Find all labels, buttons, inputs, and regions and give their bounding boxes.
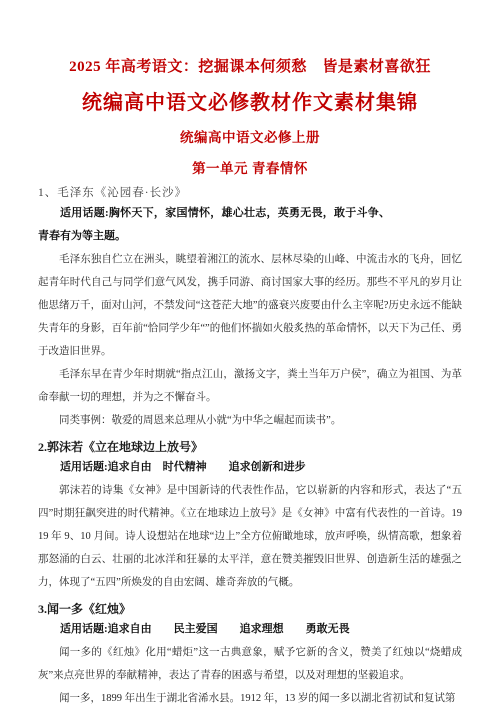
section-3-heading: 3.闻一多《红烛》 xyxy=(38,601,462,618)
section-2-topics: 适用话题:追求自由 时代精神 追求创新和进步 xyxy=(38,456,462,479)
document-page: 2025 年高考语文：挖掘课本何须愁 皆是素材喜欲狂 统编高中语文必修教材作文素… xyxy=(0,0,500,707)
section-3-paragraph-1: 闻一多的《红烛》化用“蜡炬”这一古典意象，赋予它新的含义，赞美了红烛以“烧蜡成灰… xyxy=(38,641,462,687)
section-2-heading: 2.郭沫若《立在地球边上放号》 xyxy=(38,439,462,456)
section-3-topics: 适用话题:追求自由 民主爱国 追求理想 勇敢无畏 xyxy=(38,618,462,641)
unit-heading: 第一单元 青春情怀 xyxy=(38,160,462,178)
section-1-paragraph-3: 同类事例：敬爱的周恩来总理从小就“为中华之崛起而读书”。 xyxy=(38,409,462,432)
document-title-line1: 2025 年高考语文：挖掘课本何须愁 皆是素材喜欲狂 xyxy=(38,57,462,77)
section-3-paragraph-2: 闻一多，1899 年出生于湖北省浠水县。1912 年，13 岁的闻一多以湖北省初… xyxy=(38,687,462,707)
section-1-paragraph-1: 毛泽东独自伫立在洲头，眺望着湘江的流水、层林尽染的山峰、中流击水的飞舟，回忆起青… xyxy=(38,248,462,363)
section-1-heading: 1、毛泽东《沁园春·长沙》 xyxy=(38,185,462,202)
section-2-paragraph-1: 郭沫若的诗集《女神》是中国新诗的代表性作品，它以崭新的内容和形式，表达了“五四”… xyxy=(38,479,462,594)
section-1-paragraph-2: 毛泽东早在青少年时期就“指点江山，激扬文字，粪土当年万户侯”，确立为祖国、为革命… xyxy=(38,363,462,409)
section-1-topics: 适用话题:胸怀天下，家国情怀，雄心壮志，英勇无畏，敢于斗争、青春有为等主题。 xyxy=(38,202,390,248)
document-subtitle: 统编高中语文必修上册 xyxy=(38,129,462,147)
document-title-line2: 统编高中语文必修教材作文素材集锦 xyxy=(38,90,462,116)
